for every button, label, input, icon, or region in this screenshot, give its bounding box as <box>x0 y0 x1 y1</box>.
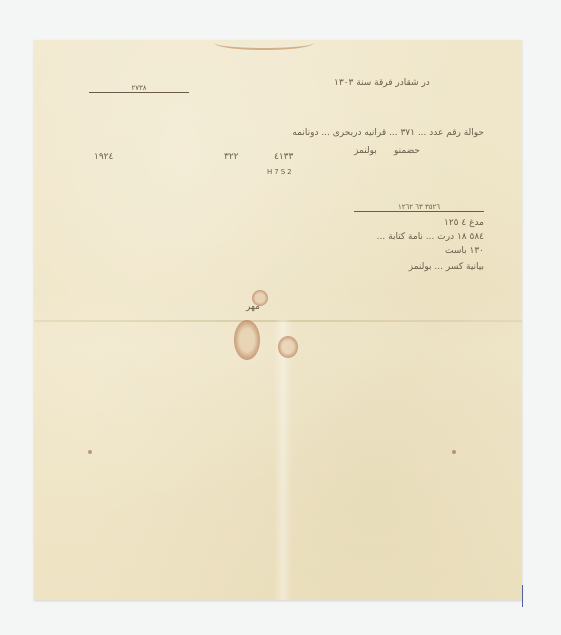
stain <box>252 290 268 306</box>
spot <box>452 450 456 454</box>
amount-2: ٤١٣٣ <box>274 152 293 162</box>
year-note: ١٩٢٤ <box>94 152 113 162</box>
stamp-number: H7S2 <box>267 168 294 176</box>
right-line-4: بيانية كسر ... بولنمز <box>364 262 484 272</box>
reference-number: ٢٧٣٨ <box>89 84 189 93</box>
amount-1: ٣٢٢ <box>224 152 239 162</box>
spot <box>88 450 92 454</box>
right-line-3: ١٣٠ باست <box>414 246 484 256</box>
header-line: در شقادر فرقة سنة ١٣٠٣ <box>334 78 430 88</box>
fold-crease <box>274 320 292 600</box>
right-line-1: مدغ ٤ ١٢٥ <box>384 218 484 228</box>
torn-edge <box>214 36 314 50</box>
word-2: حضمنو <box>394 146 420 156</box>
right-line-2: ٥٨٤ ١٨ درت ... نامة كتابة ... <box>294 232 484 242</box>
word-1: بولنمز <box>354 146 377 156</box>
body-line-1: حوالة رقم عدد ... ٣٧١ ... قرانيه دربحرى … <box>94 128 484 138</box>
right-block-heading: ٣٥٢٦ ٦٣ ١٢٦٢ <box>354 203 484 212</box>
document-page: ٢٧٣٨ در شقادر فرقة سنة ١٣٠٣ حوالة رقم عد… <box>34 40 522 600</box>
scan-edge-marker <box>522 585 523 607</box>
stain <box>278 336 298 358</box>
stain <box>234 320 260 360</box>
